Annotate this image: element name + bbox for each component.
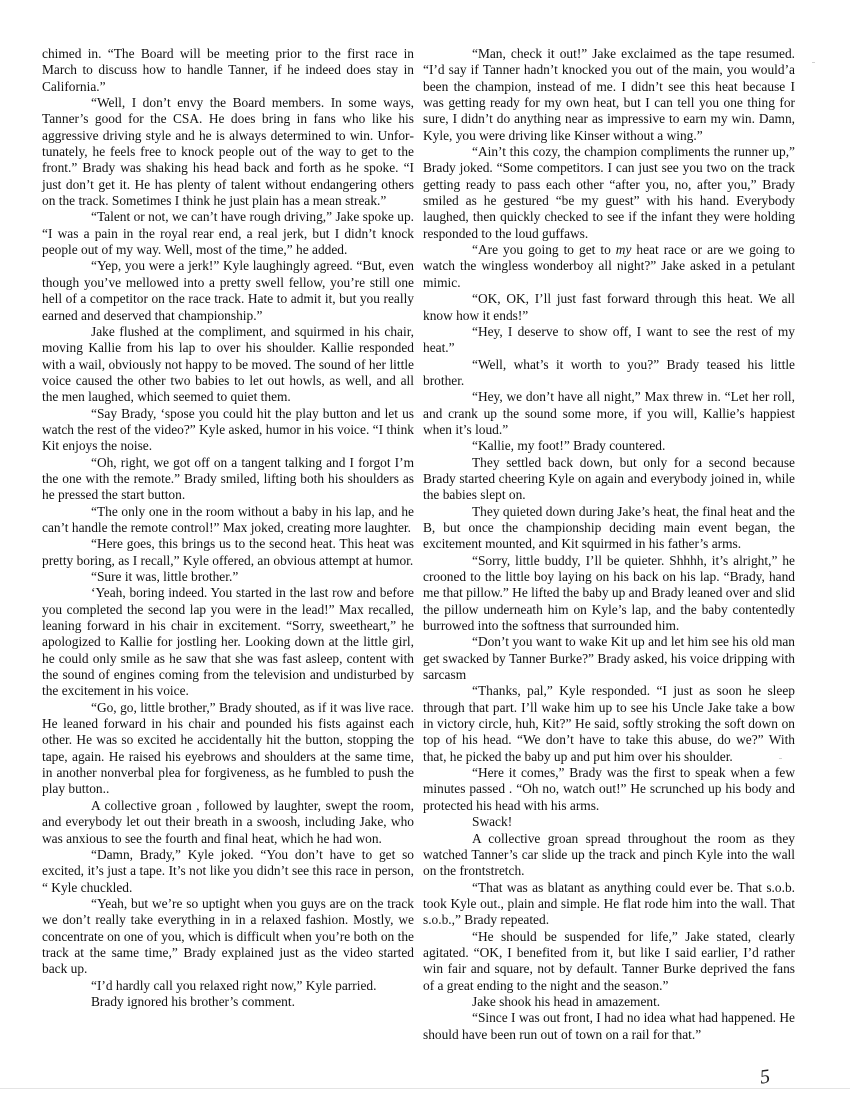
scan-edge-rule [0,1088,850,1089]
paragraph: “Here it comes,” Brady was the first to … [423,765,795,814]
scan-speck [779,758,782,759]
paragraph: “Yep, you were a jerk!” Kyle laughingly … [42,258,414,323]
paragraph: “Yeah, but we’re so uptight when you guy… [42,896,414,978]
page-number: 5 [758,1065,771,1089]
paragraph: “Go, go, little brother,” Brady shouted,… [42,700,414,798]
paragraph: “Hey, I deserve to show off, I want to s… [423,324,795,357]
paragraph: Swack! [423,814,795,830]
paragraph: “Talent or not, we can’t have rough driv… [42,209,414,258]
paragraph: “Thanks, pal,” Kyle responded. “I just a… [423,683,795,765]
paragraph: “Kallie, my foot!” Brady countered. [423,438,795,454]
paragraph: “Damn, Brady,” Kyle joked. “You don’t ha… [42,847,414,896]
document-page: chimed in. “The Board will be meeting pr… [0,0,850,1100]
paragraph: “He should be suspended for life,” Jake … [423,929,795,994]
paragraph: Jake flushed at the compliment, and squi… [42,324,414,406]
paragraph: “Here goes, this brings us to the second… [42,536,414,569]
paragraph: “Say Brady, ‘spose you could hit the pla… [42,406,414,455]
paragraph: “OK, OK, I’ll just fast forward through … [423,291,795,324]
right-column: “Man, check it out!” Jake exclaimed as t… [423,46,795,1043]
paragraph: “Ain’t this cozy, the champion complimen… [423,144,795,242]
scan-speck [812,62,815,63]
paragraph: A collective groan spread throughout the… [423,831,795,880]
paragraph: Brady ignored his brother’s comment. [42,994,414,1010]
paragraph: “The only one in the room without a baby… [42,504,414,537]
paragraph: Jake shook his head in amazement. [423,994,795,1010]
paragraph: chimed in. “The Board will be meeting pr… [42,46,414,95]
paragraph: “Oh, right, we got off on a tangent talk… [42,455,414,504]
left-column: chimed in. “The Board will be meeting pr… [42,46,414,1010]
paragraph: “Sorry, little buddy, I’ll be quieter. S… [423,553,795,635]
paragraph: “Don’t you want to wake Kit up and let h… [423,634,795,683]
paragraph: They quieted down during Jake’s heat, th… [423,504,795,553]
paragraph: A collective groan , followed by laughte… [42,798,414,847]
paragraph: They settled back down, but only for a s… [423,455,795,504]
paragraph: “Since I was out front, I had no idea wh… [423,1010,795,1043]
paragraph: “That was as blatant as anything could e… [423,880,795,929]
paragraph: “Hey, we don’t have all night,” Max thre… [423,389,795,438]
emphasis: my [616,242,632,257]
paragraph: ‘Yeah, boring indeed. You started in the… [42,585,414,699]
paragraph: “Are you going to get to my heat race or… [423,242,795,291]
paragraph: “Man, check it out!” Jake exclaimed as t… [423,46,795,144]
paragraph: “Well, what’s it worth to you?” Brady te… [423,357,795,390]
paragraph: “Well, I don’t envy the Board members. I… [42,95,414,209]
paragraph: “Sure it was, little brother.” [42,569,414,585]
paragraph: “I’d hardly call you relaxed right now,”… [42,978,414,994]
